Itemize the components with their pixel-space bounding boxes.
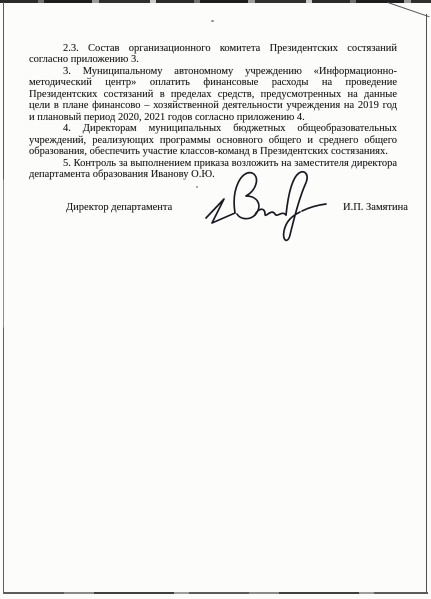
signer-position-label: Директор департамента <box>66 202 172 213</box>
document-line: образования, обеспечить участие классов-… <box>29 146 397 157</box>
document-line: и плановый период 2020, 2021 годов согла… <box>29 112 397 123</box>
paragraph: 3. Муниципальному автономному учреждению… <box>29 66 397 123</box>
paragraph: 4. Директорам муниципальных бюджетных об… <box>29 123 397 157</box>
document-line: 2.3. Состав организационного комитета Пр… <box>29 43 397 54</box>
scan-speck <box>196 186 198 188</box>
handwritten-signature <box>202 166 330 248</box>
document-line: методический центр» оплатить финансовые … <box>29 77 397 88</box>
scan-right-edge <box>426 14 427 594</box>
scan-corner-fold-line <box>388 2 430 17</box>
document-line: 3. Муниципальному автономному учреждению… <box>29 66 397 77</box>
document-line: учреждений, реализующих программы основн… <box>29 135 397 146</box>
scan-left-edge <box>3 2 4 594</box>
document-line: 4. Директорам муниципальных бюджетных об… <box>29 123 397 134</box>
document-line: согласно приложению 3. <box>29 54 397 65</box>
scan-top-edge <box>0 0 431 3</box>
scanned-document-page: 2.3. Состав организационного комитета Пр… <box>0 0 431 599</box>
scan-speck <box>211 20 214 22</box>
scan-bottom-edge <box>4 592 428 594</box>
document-line: цели в плане финансово – хозяйственной д… <box>29 100 397 111</box>
paragraph: 2.3. Состав организационного комитета Пр… <box>29 43 397 66</box>
document-body: 2.3. Состав организационного комитета Пр… <box>29 43 397 180</box>
document-line: Президентских состязаний в пределах сред… <box>29 89 397 100</box>
signer-name: И.П. Замятина <box>343 202 408 213</box>
